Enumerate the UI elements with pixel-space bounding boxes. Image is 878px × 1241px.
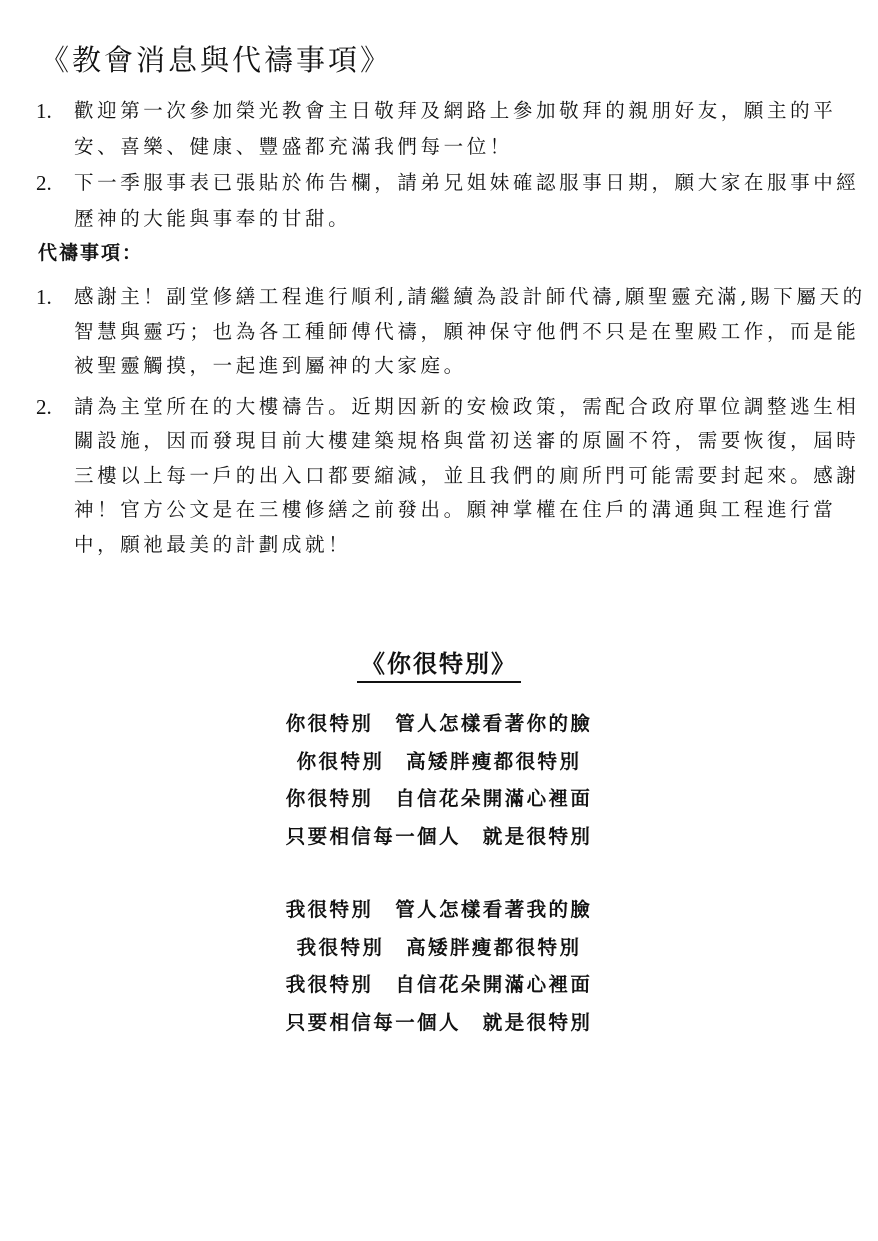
prayer-text: 感謝主！副堂修繕工程進行順利,請繼續為設計師代禱,願聖靈充滿,賜下屬天的智慧與靈…: [74, 285, 866, 377]
lyric-line: 我很特別 高矮胖瘦都很特別: [229, 929, 649, 967]
lyric-line: 我很特別 管人怎樣看著我的臉: [229, 891, 649, 929]
list-number: 2.: [36, 165, 52, 201]
list-number: 1.: [36, 280, 52, 315]
news-text: 歡迎第一次參加榮光教會主日敬拜及網路上參加敬拜的親朋好友，願主的平安、喜樂、健康…: [74, 99, 836, 158]
prayer-text: 請為主堂所在的大樓禱告。近期因新的安檢政策，需配合政府單位調整逃生相關設施，因而…: [74, 395, 859, 556]
stanza: 你很特別 管人怎樣看著你的臉 你很特別 高矮胖瘦都很特別 你很特別 自信花朵開滿…: [229, 705, 649, 855]
lyric-line: 你很特別 高矮胖瘦都很特別: [229, 743, 649, 781]
news-list: 1. 歡迎第一次參加榮光教會主日敬拜及網路上參加敬拜的親朋好友，願主的平安、喜樂…: [36, 93, 878, 237]
prayer-item: 1. 感謝主！副堂修繕工程進行順利,請繼續為設計師代禱,願聖靈充滿,賜下屬天的智…: [36, 280, 878, 384]
prayer-list: 1. 感謝主！副堂修繕工程進行順利,請繼續為設計師代禱,願聖靈充滿,賜下屬天的智…: [36, 280, 878, 562]
lyric-line: 你很特別 管人怎樣看著你的臉: [229, 705, 649, 743]
lyric-line: 只要相信每一個人 就是很特別: [229, 1004, 649, 1042]
lyric-line: 只要相信每一個人 就是很特別: [229, 818, 649, 856]
prayer-item: 2. 請為主堂所在的大樓禱告。近期因新的安檢政策，需配合政府單位調整逃生相關設施…: [36, 390, 878, 563]
song-title: 《你很特別》: [357, 644, 521, 683]
prayer-heading: 代禱事項：: [38, 238, 143, 265]
news-item: 1. 歡迎第一次參加榮光教會主日敬拜及網路上參加敬拜的親朋好友，願主的平安、喜樂…: [36, 93, 878, 165]
page-title: 《教會消息與代禱事項》: [40, 38, 392, 79]
lyric-line: 你很特別 自信花朵開滿心裡面: [229, 780, 649, 818]
news-text: 下一季服事表已張貼於佈告欄，請弟兄姐妹確認服事日期，願大家在服事中經歷神的大能與…: [74, 171, 859, 230]
news-item: 2. 下一季服事表已張貼於佈告欄，請弟兄姐妹確認服事日期，願大家在服事中經歷神的…: [36, 165, 878, 237]
lyric-line: 我很特別 自信花朵開滿心裡面: [229, 966, 649, 1004]
stanza: 我很特別 管人怎樣看著我的臉 我很特別 高矮胖瘦都很特別 我很特別 自信花朵開滿…: [229, 891, 649, 1041]
list-number: 1.: [36, 93, 52, 129]
list-number: 2.: [36, 390, 52, 425]
song-section: 《你很特別》 你很特別 管人怎樣看著你的臉 你很特別 高矮胖瘦都很特別 你很特別…: [0, 644, 878, 1041]
